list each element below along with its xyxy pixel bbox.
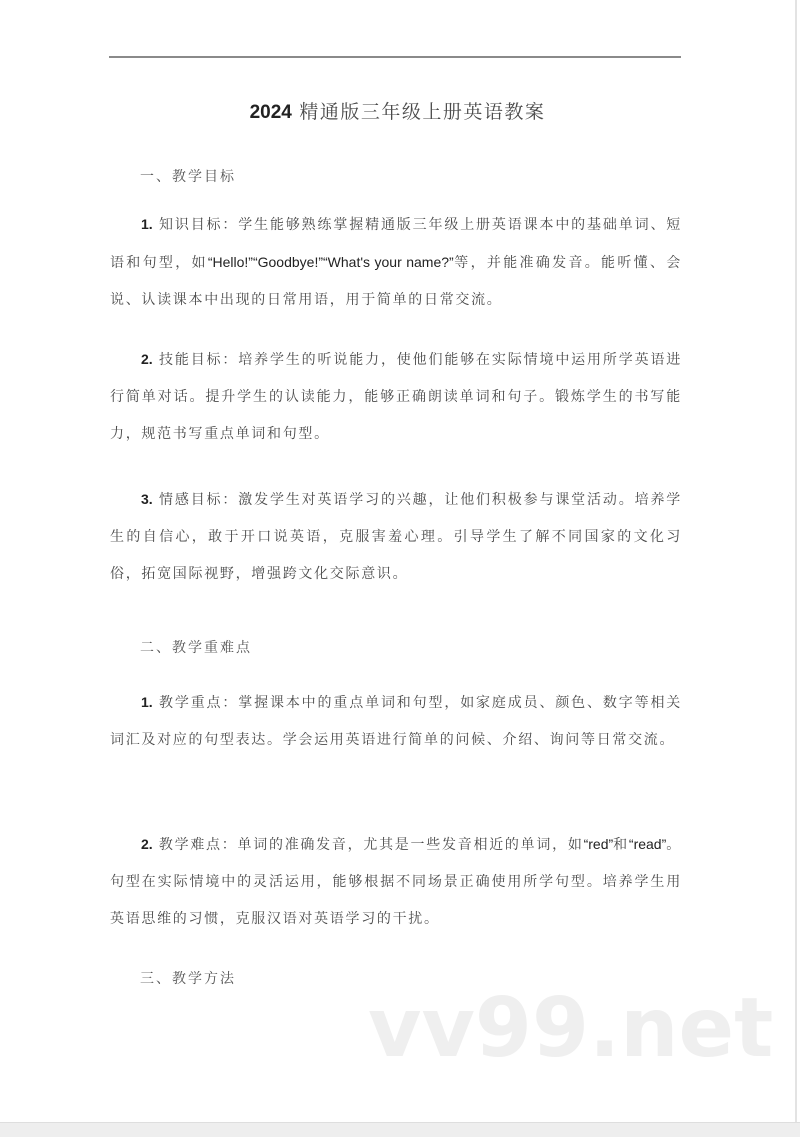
section-heading-teaching-methods: 三、教学方法 xyxy=(140,968,236,988)
item-text: 教学重点：掌握课本中的重点单词和句型，如家庭成员、颜色、数字等相关词汇及对应的句… xyxy=(110,695,682,748)
paragraph-knowledge-objective: 1. 知识目标：学生能够熟练掌握精通版三年级上册英语课本中的基础单词、短语和句型… xyxy=(110,206,682,319)
header-rule xyxy=(109,56,681,58)
title-text: 精通版三年级上册英语教案 xyxy=(292,101,546,123)
item-number: 2. xyxy=(141,836,153,852)
item-number: 2. xyxy=(141,351,153,367)
item-text-cont: 和 xyxy=(613,837,629,853)
paragraph-key-points: 1. 教学重点：掌握课本中的重点单词和句型，如家庭成员、颜色、数字等相关词汇及对… xyxy=(110,684,682,759)
document-page: 2024 精通版三年级上册英语教案 一、教学目标 1. 知识目标：学生能够熟练掌… xyxy=(0,0,797,1122)
item-number: 1. xyxy=(141,694,153,710)
section-heading-objectives: 一、教学目标 xyxy=(140,166,236,186)
english-word-read: “read” xyxy=(629,836,666,852)
section-heading-key-difficult-points: 二、教学重难点 xyxy=(140,637,252,657)
paragraph-skill-objective: 2. 技能目标：培养学生的听说能力，使他们能够在实际情境中运用所学英语进行简单对… xyxy=(110,341,682,453)
document-title: 2024 精通版三年级上册英语教案 xyxy=(0,97,795,124)
item-text: 情感目标：激发学生对英语学习的兴趣，让他们积极参与课堂活动。培养学生的自信心，敢… xyxy=(110,492,682,582)
paragraph-emotion-objective: 3. 情感目标：激发学生对英语学习的兴趣，让他们积极参与课堂活动。培养学生的自信… xyxy=(110,481,682,593)
item-text: 教学难点：单词的准确发音，尤其是一些发音相近的单词，如 xyxy=(153,837,584,853)
english-examples: “Hello!”“Goodbye!”“What's your name?” xyxy=(208,254,454,270)
item-text: 技能目标：培养学生的听说能力，使他们能够在实际情境中运用所学英语进行简单对话。提… xyxy=(110,352,682,442)
page-bottom-edge xyxy=(0,1122,800,1137)
item-number: 1. xyxy=(141,216,153,232)
watermark: vv99.net xyxy=(368,988,773,1070)
item-number: 3. xyxy=(141,491,153,507)
title-year: 2024 xyxy=(250,102,292,123)
english-word-red: “red” xyxy=(584,836,614,852)
paragraph-difficult-points: 2. 教学难点：单词的准确发音，尤其是一些发音相近的单词，如“red”和“rea… xyxy=(110,826,682,938)
